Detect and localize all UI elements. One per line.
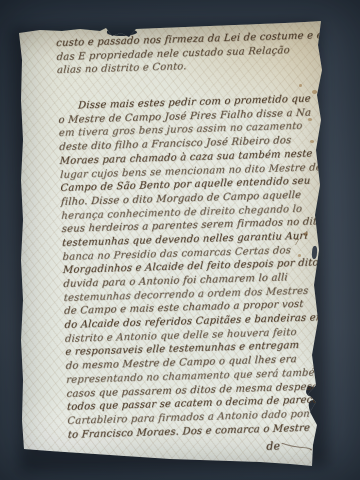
manuscript-paragraph-2: Disse mais estes pedir com o prometido q… xyxy=(58,93,314,442)
fox-spot xyxy=(312,90,317,94)
catchword: de xyxy=(266,439,280,453)
handwritten-text: custo e passado nos firmeza da Lei de co… xyxy=(56,30,314,460)
manuscript-page: 7 custo e passado nos firmeza da Lei de … xyxy=(0,0,360,480)
catchword-row: de xyxy=(266,438,314,454)
catchword-flourish-icon xyxy=(281,438,314,454)
fox-spot xyxy=(310,140,314,143)
manuscript-photo: 7 custo e passado nos firmeza da Lei de … xyxy=(0,0,360,480)
manuscript-paragraph-1: custo e passado nos firmeza da Lei de co… xyxy=(56,30,303,78)
